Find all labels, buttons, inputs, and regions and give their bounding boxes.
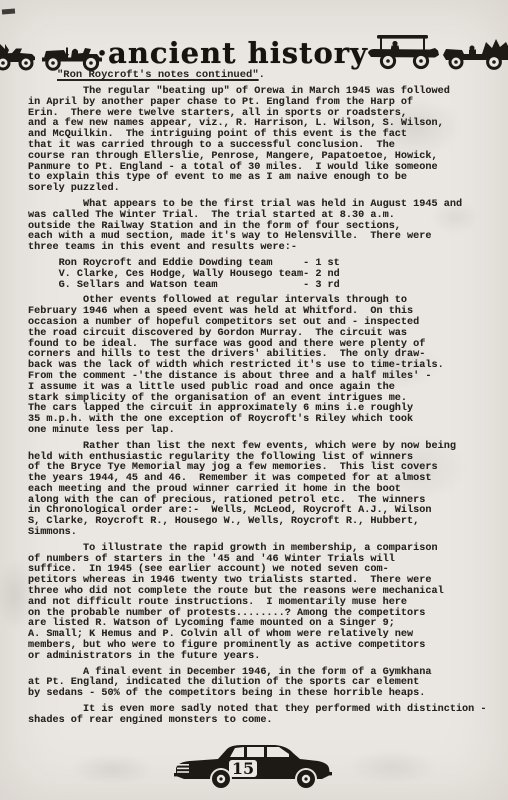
subtitle-text: "Ron Roycroft's notes continued": [57, 69, 259, 81]
article-paragraph: Other events followed at regular interva…: [28, 296, 494, 436]
scanned-newsletter-page: ·ancient history·: [0, 0, 508, 800]
article-paragraph: Rather than list the next few events, wh…: [28, 442, 494, 539]
sedan-car-icon: 15: [172, 740, 334, 799]
results-list: Ron Roycroft and Eddie Dowding team - 1 …: [28, 259, 494, 291]
scan-artifact-mark: [2, 9, 15, 15]
race-number-plate: 15: [229, 759, 257, 778]
antique-roadster-icon: [442, 38, 508, 75]
article-paragraph: To illustrate the rapid growth in member…: [28, 544, 494, 663]
article-body: The regular "beating up" of Orewa in Mar…: [28, 87, 494, 732]
article-paragraph: What appears to be the first trial was h…: [28, 200, 494, 254]
bleed-through-mark: [330, 744, 455, 790]
article-paragraph: The regular "beating up" of Orewa in Mar…: [28, 87, 494, 195]
article-paragraph: A final event in December 1946, in the f…: [28, 668, 494, 700]
subtitle-period: .: [259, 69, 265, 81]
bleed-through-mark: [55, 748, 170, 790]
race-number: 15: [232, 759, 254, 778]
article-subtitle: "Ron Roycroft's notes continued".: [57, 69, 265, 82]
article-paragraph: It is even more sadly noted that they pe…: [28, 705, 494, 727]
antique-touring-car-icon: [368, 34, 440, 75]
